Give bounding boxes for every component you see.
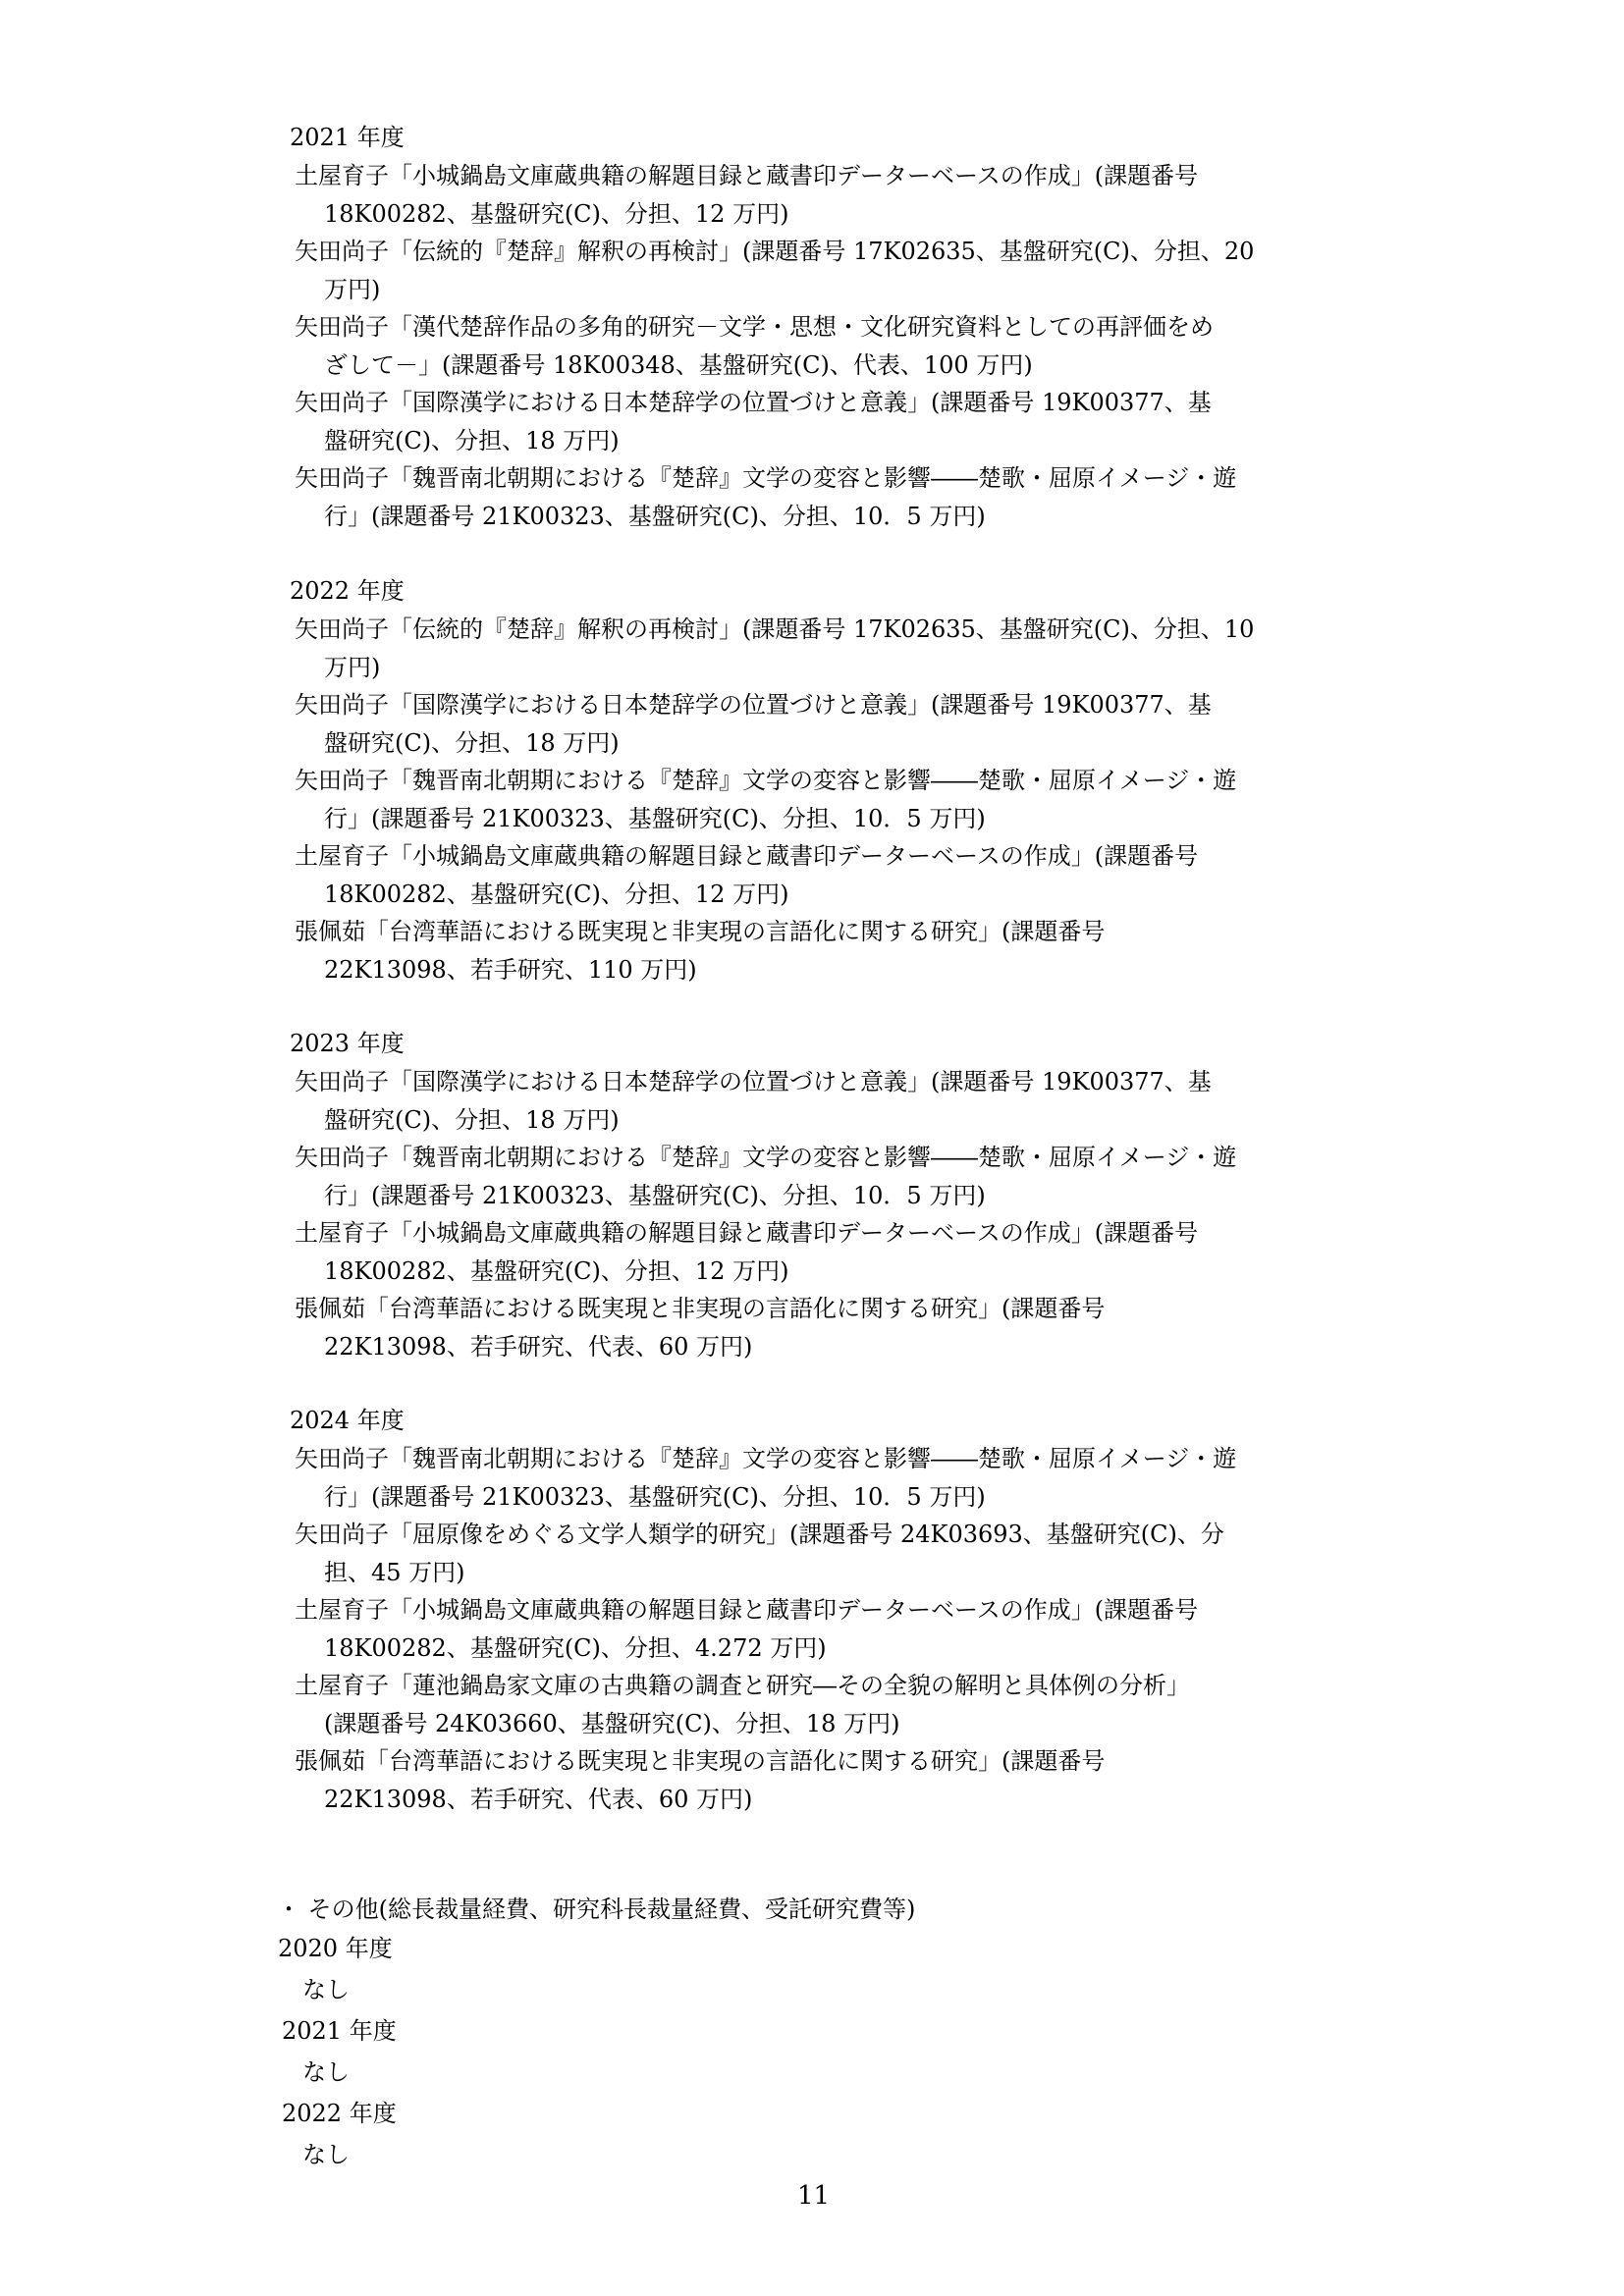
grant-entry-line: 18K00282、基盤研究(C)、分担、12 万円) <box>295 195 1406 234</box>
grant-entry-line: 矢田尚子「国際漢学における日本楚辞学の位置づけと意義」(課題番号 19K0037… <box>295 686 1406 724</box>
grant-entry-line: 矢田尚子「伝統的『楚辞』解釈の再検討」(課題番号 17K02635、基盤研究(C… <box>295 611 1406 649</box>
grant-list-2024: 矢田尚子「魏晋南北朝期における『楚辞』文学の変容と影響――楚歌・屈原イメージ・遊… <box>295 1440 1406 1818</box>
grant-entry-line: 矢田尚子「漢代楚辞作品の多角的研究－文学・思想・文化研究資料としての再評価をめ <box>295 308 1406 347</box>
grant-entry-line: 矢田尚子「屈原像をめぐる文学人類学的研究」(課題番号 24K03693、基盤研究… <box>295 1516 1406 1554</box>
other-year-2020: 2020 年度 <box>278 1934 393 1963</box>
grant-entry-line: 矢田尚子「魏晋南北朝期における『楚辞』文学の変容と影響――楚歌・屈原イメージ・遊 <box>295 762 1406 800</box>
grant-entry-line: 土屋育子「小城鍋島文庫蔵典籍の解題目録と蔵書印データーベースの作成」(課題番号 <box>295 1591 1406 1629</box>
grant-entry-line: 行」(課題番号 21K00323、基盤研究(C)、分担、10．5 万円) <box>295 1478 1406 1517</box>
year-heading-2021: 2021 年度 <box>290 123 405 152</box>
year-heading-2022: 2022 年度 <box>290 576 405 606</box>
grant-entry-line: 盤研究(C)、分担、18 万円) <box>295 422 1406 460</box>
other-year-2022: 2022 年度 <box>282 2099 397 2128</box>
grant-entry-line: 18K00282、基盤研究(C)、分担、12 万円) <box>295 1253 1406 1291</box>
grant-list-2023: 矢田尚子「国際漢学における日本楚辞学の位置づけと意義」(課題番号 19K0037… <box>295 1063 1406 1365</box>
grant-entry-line: 矢田尚子「国際漢学における日本楚辞学の位置づけと意義」(課題番号 19K0037… <box>295 1063 1406 1101</box>
other-value-2021: なし <box>302 2057 350 2087</box>
grant-entry-line: 行」(課題番号 21K00323、基盤研究(C)、分担、10．5 万円) <box>295 800 1406 838</box>
other-funding-heading: ・ その他(総長裁量経費、研究科長裁量経費、受託研究費等) <box>277 1895 915 1924</box>
document-page: 2021 年度 土屋育子「小城鍋島文庫蔵典籍の解題目録と蔵書印データーベースの作… <box>0 0 1624 2296</box>
grant-entry-line: 万円) <box>295 649 1406 687</box>
grant-entry-line: 土屋育子「小城鍋島文庫蔵典籍の解題目録と蔵書印データーベースの作成」(課題番号 <box>295 157 1406 195</box>
other-value-2022: なし <box>302 2140 350 2169</box>
page-number: 11 <box>797 2181 830 2211</box>
year-heading-2024: 2024 年度 <box>290 1406 405 1435</box>
grant-entry-line: 張佩茹「台湾華語における既実現と非実現の言語化に関する研究」(課題番号 <box>295 913 1406 951</box>
grant-entry-line: 22K13098、若手研究、110 万円) <box>295 951 1406 989</box>
grant-entry-line: 矢田尚子「魏晋南北朝期における『楚辞』文学の変容と影響――楚歌・屈原イメージ・遊 <box>295 1139 1406 1177</box>
grant-entry-line: (課題番号 24K03660、基盤研究(C)、分担、18 万円) <box>295 1705 1406 1743</box>
grant-entry-line: ざして－」(課題番号 18K00348、基盤研究(C)、代表、100 万円) <box>295 347 1406 385</box>
grant-entry-line: 矢田尚子「国際漢学における日本楚辞学の位置づけと意義」(課題番号 19K0037… <box>295 384 1406 422</box>
grant-entry-line: 行」(課題番号 21K00323、基盤研究(C)、分担、10．5 万円) <box>295 498 1406 536</box>
grant-entry-line: 18K00282、基盤研究(C)、分担、4.272 万円) <box>295 1629 1406 1668</box>
grant-entry-line: 矢田尚子「魏晋南北朝期における『楚辞』文学の変容と影響――楚歌・屈原イメージ・遊 <box>295 1440 1406 1478</box>
grant-entry-line: 張佩茹「台湾華語における既実現と非実現の言語化に関する研究」(課題番号 <box>295 1290 1406 1328</box>
grant-entry-line: 張佩茹「台湾華語における既実現と非実現の言語化に関する研究」(課題番号 <box>295 1742 1406 1781</box>
grant-entry-line: 担、45 万円) <box>295 1554 1406 1592</box>
grant-entry-line: 土屋育子「小城鍋島文庫蔵典籍の解題目録と蔵書印データーベースの作成」(課題番号 <box>295 837 1406 876</box>
grant-entry-line: 行」(課題番号 21K00323、基盤研究(C)、分担、10．5 万円) <box>295 1177 1406 1215</box>
grant-list-2021: 土屋育子「小城鍋島文庫蔵典籍の解題目録と蔵書印データーベースの作成」(課題番号 … <box>295 157 1406 535</box>
grant-entry-line: 土屋育子「蓮池鍋島家文庫の古典籍の調査と研究―その全貌の解明と具体例の分析」 <box>295 1667 1406 1705</box>
grant-list-2022: 矢田尚子「伝統的『楚辞』解釈の再検討」(課題番号 17K02635、基盤研究(C… <box>295 611 1406 988</box>
other-year-2021: 2021 年度 <box>282 2016 397 2046</box>
grant-entry-line: 矢田尚子「伝統的『楚辞』解釈の再検討」(課題番号 17K02635、基盤研究(C… <box>295 233 1406 271</box>
other-value-2020: なし <box>302 1975 350 2004</box>
grant-entry-line: 18K00282、基盤研究(C)、分担、12 万円) <box>295 876 1406 914</box>
grant-entry-line: 22K13098、若手研究、代表、60 万円) <box>295 1781 1406 1819</box>
grant-entry-line: 22K13098、若手研究、代表、60 万円) <box>295 1328 1406 1366</box>
year-heading-2023: 2023 年度 <box>290 1029 405 1058</box>
grant-entry-line: 土屋育子「小城鍋島文庫蔵典籍の解題目録と蔵書印データーベースの作成」(課題番号 <box>295 1214 1406 1253</box>
grant-entry-line: 盤研究(C)、分担、18 万円) <box>295 724 1406 763</box>
grant-entry-line: 盤研究(C)、分担、18 万円) <box>295 1101 1406 1140</box>
grant-entry-line: 矢田尚子「魏晋南北朝期における『楚辞』文学の変容と影響――楚歌・屈原イメージ・遊 <box>295 459 1406 498</box>
grant-entry-line: 万円) <box>295 271 1406 309</box>
